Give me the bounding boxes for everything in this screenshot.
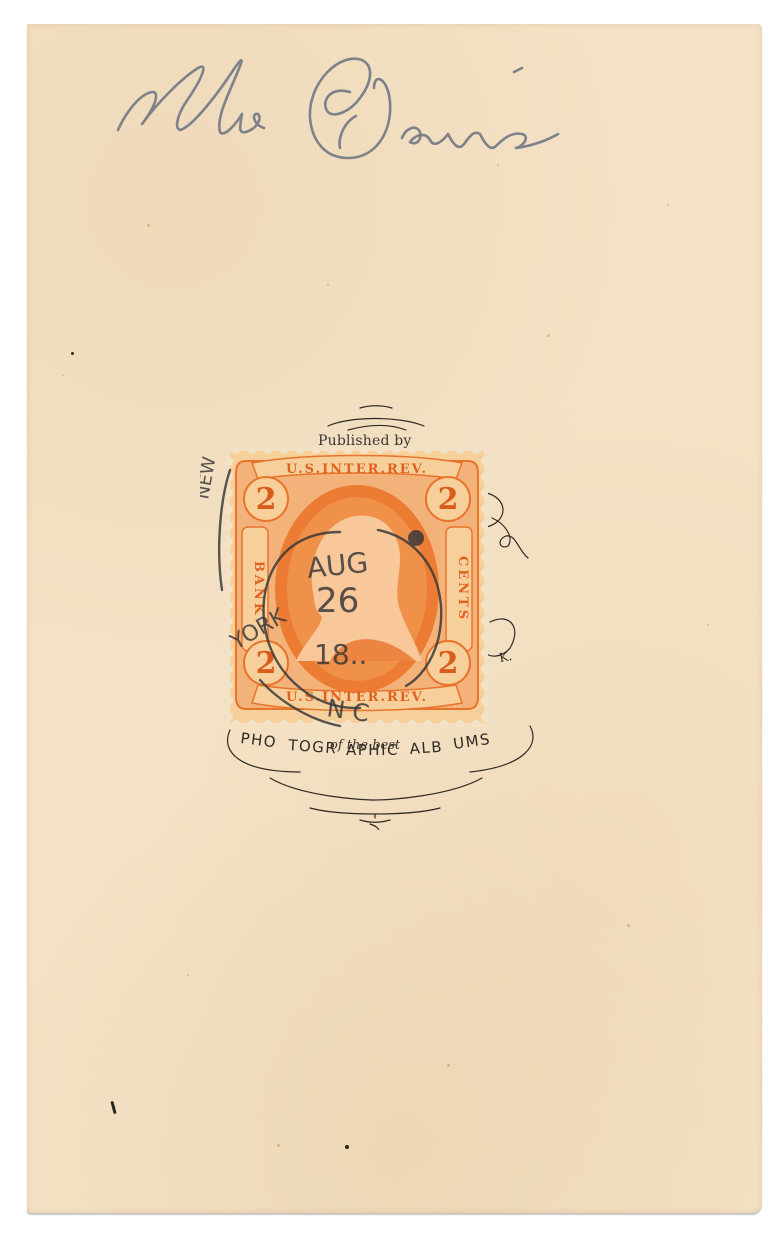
- of-the-best-text: of the best: [330, 738, 400, 753]
- svg-text:YORK: YORK: [226, 604, 291, 656]
- postmark-bottom: N C: [325, 694, 371, 728]
- speck: [447, 1064, 450, 1067]
- postmark-year: 18..: [314, 638, 367, 671]
- postmark-day: 26: [316, 581, 359, 621]
- speck: [667, 204, 669, 206]
- speck: [62, 374, 64, 376]
- speck: [627, 924, 630, 927]
- svg-text:NEW: NEW: [200, 455, 220, 501]
- ink-mark: [110, 1101, 116, 1114]
- postmark-month: AUG: [305, 546, 369, 585]
- speck: [147, 224, 150, 227]
- speck: [707, 624, 709, 626]
- ink-dot: [345, 1145, 349, 1149]
- handwritten-inscription: [112, 42, 592, 182]
- speck: [187, 974, 189, 976]
- svg-text:ALB: ALB: [409, 738, 444, 758]
- speck: [327, 284, 329, 286]
- postmark-cancellation: AUG 26 18.. N C NEW YORK: [200, 440, 480, 740]
- speck: [547, 334, 550, 337]
- svg-text:K.: K.: [498, 649, 513, 665]
- speck: [277, 1144, 280, 1147]
- speck: [71, 352, 74, 355]
